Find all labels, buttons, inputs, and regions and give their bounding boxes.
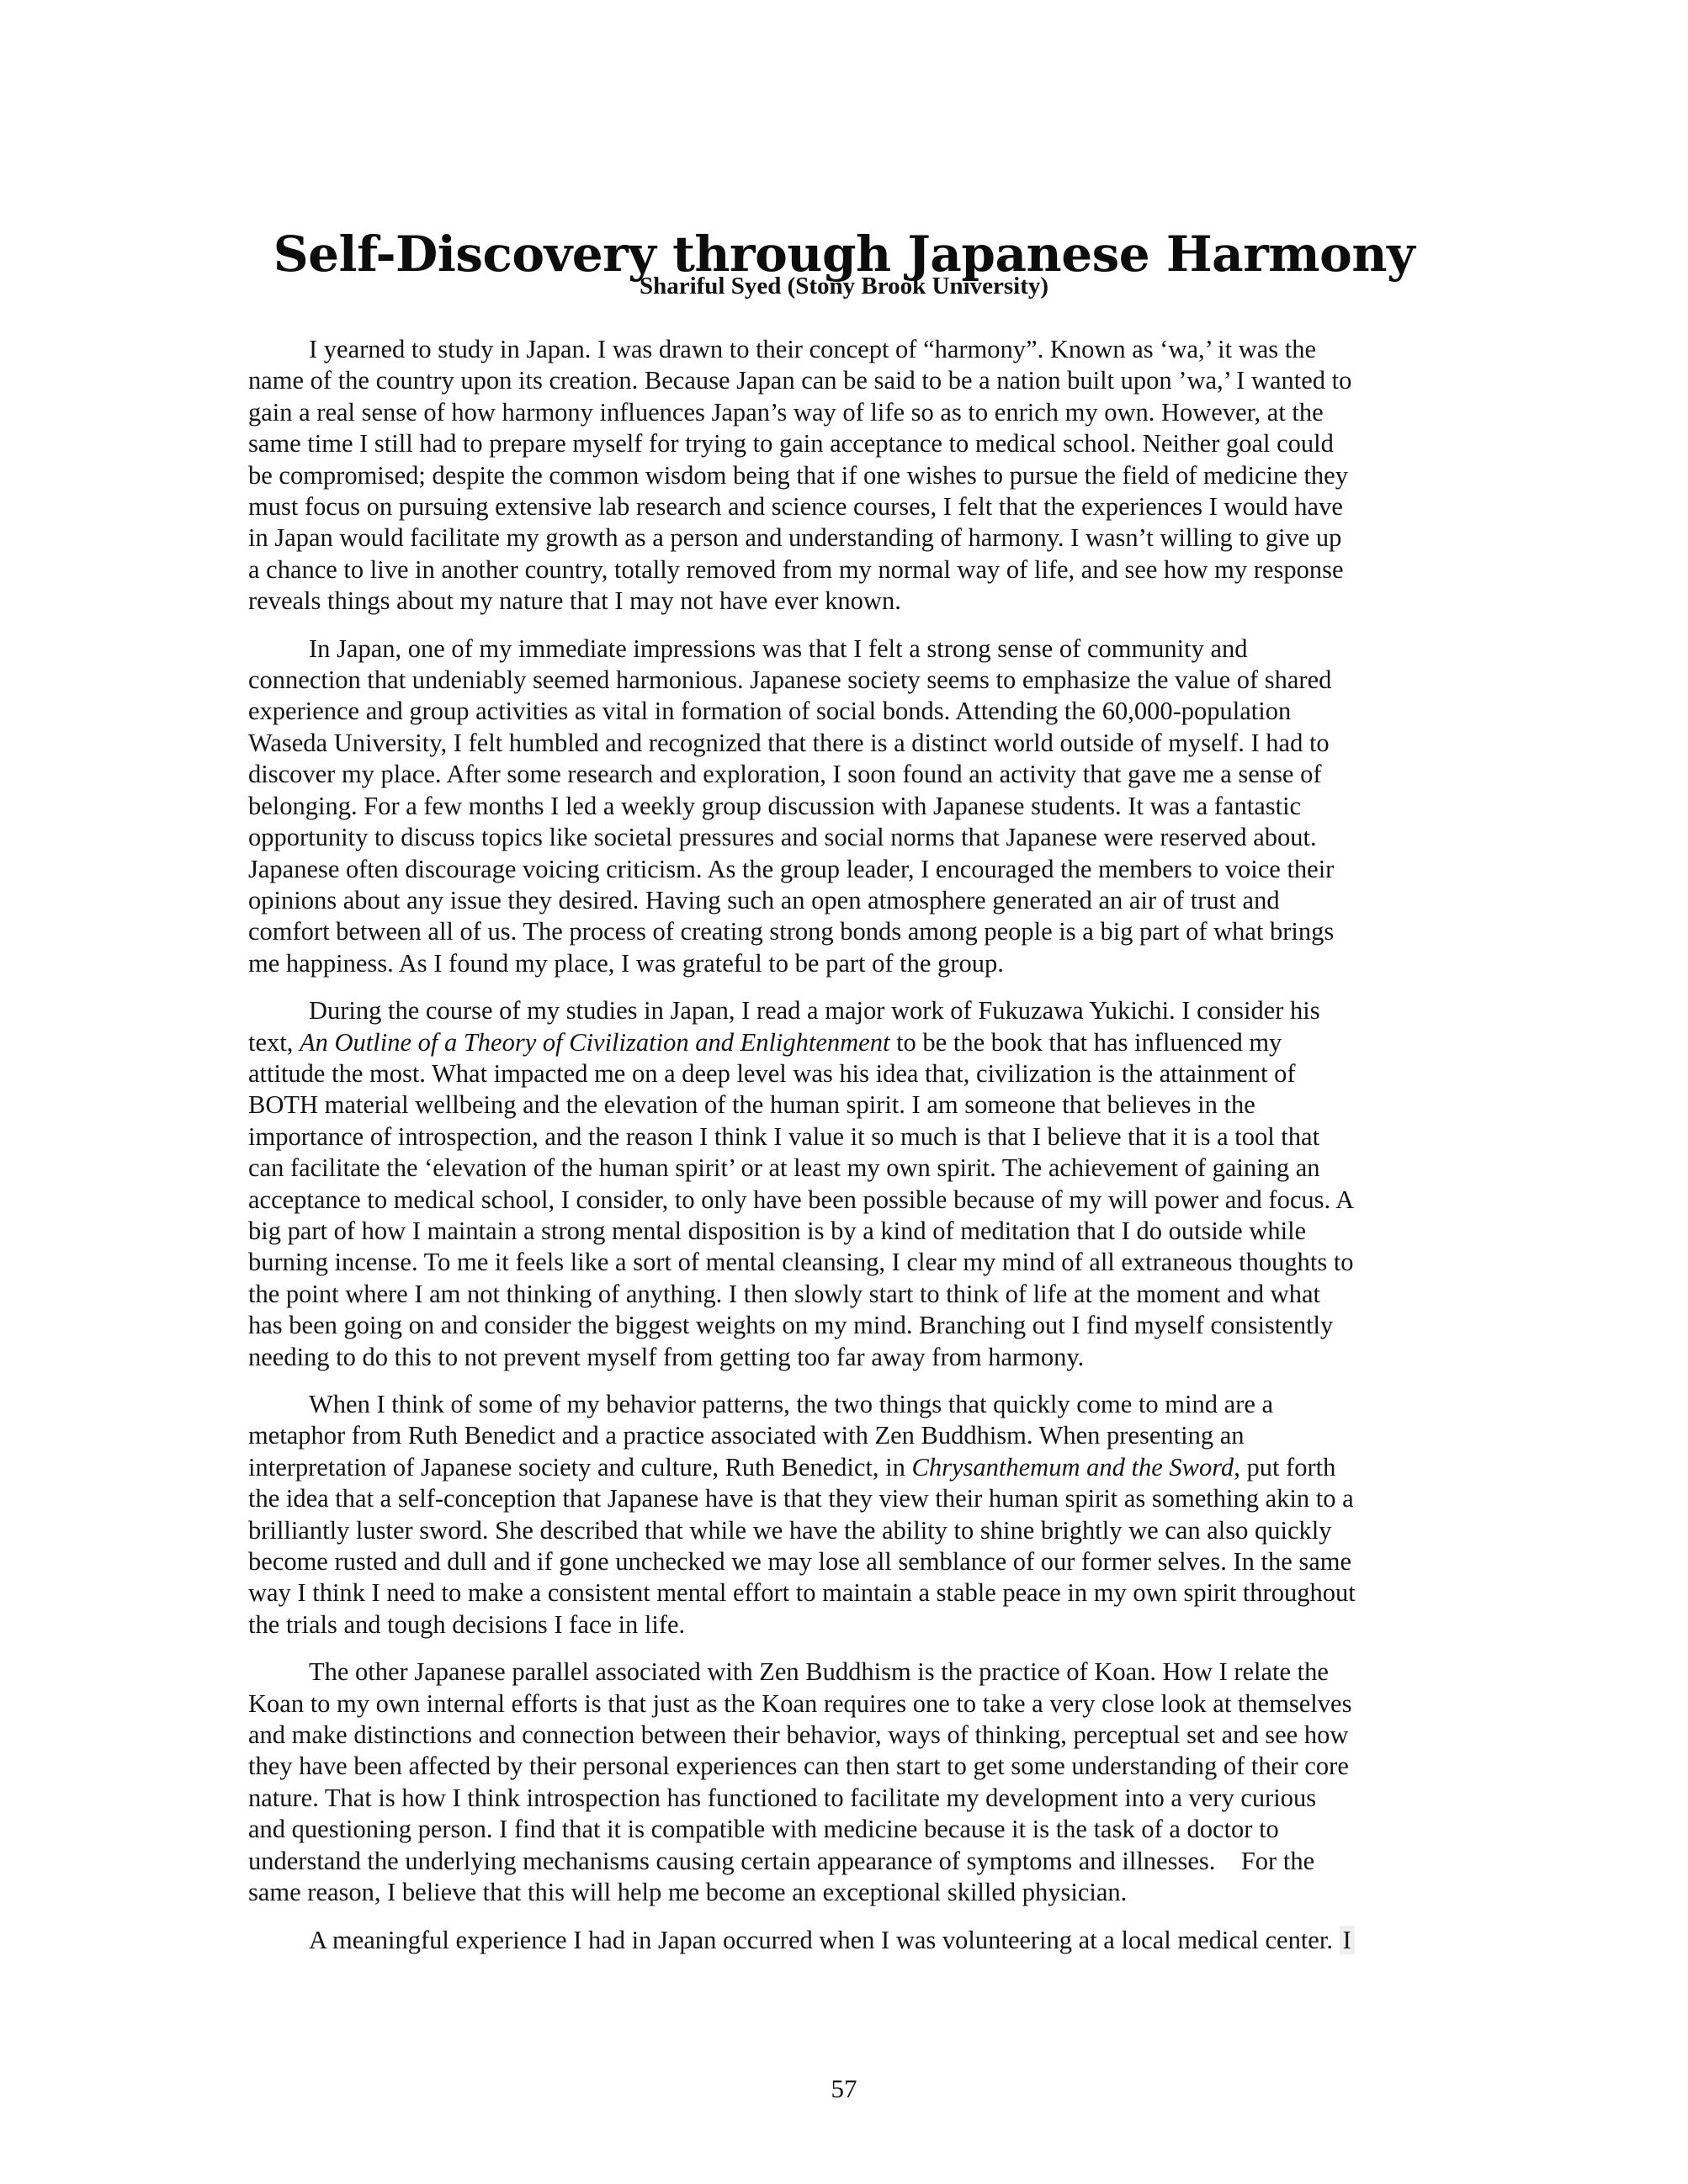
text-line: burning incense. To me it feels like a s…	[248, 1247, 1443, 1278]
text-line: BOTH material wellbeing and the elevatio…	[248, 1089, 1443, 1121]
text-line: experience and group activities as vital…	[248, 696, 1443, 727]
text-line: attitude the most. What impacted me on a…	[248, 1058, 1443, 1089]
paragraph-5: The other Japanese parallel associated w…	[248, 1657, 1443, 1908]
text-line: can facilitate the ‘elevation of the hum…	[248, 1153, 1443, 1184]
text-line: big part of how I maintain a strong ment…	[248, 1216, 1443, 1247]
text-line: acceptance to medical school, I consider…	[248, 1185, 1443, 1216]
text-line: metaphor from Ruth Benedict and a practi…	[248, 1420, 1443, 1451]
text-line: A meaningful experience I had in Japan o…	[248, 1925, 1443, 1956]
text-line: be compromised; despite the common wisdo…	[248, 460, 1443, 491]
text-line: The other Japanese parallel associated w…	[248, 1657, 1443, 1688]
text-line: belonging. For a few months I led a week…	[248, 791, 1443, 822]
text-line-with-book-title: text, An Outline of a Theory of Civiliza…	[248, 1027, 1443, 1058]
text-line: understand the underlying mechanisms cau…	[248, 1846, 1443, 1877]
text-line: comfort between all of us. The process o…	[248, 916, 1443, 947]
text-line: same time I still had to prepare myself …	[248, 428, 1443, 459]
book-title-italic: Chrysanthemum and the Sword	[912, 1453, 1234, 1482]
text-line: During the course of my studies in Japan…	[248, 995, 1443, 1026]
text-line: importance of introspection, and the rea…	[248, 1121, 1443, 1153]
book-title-italic: An Outline of a Theory of Civilization a…	[300, 1028, 889, 1057]
text-line: they have been affected by their persona…	[248, 1751, 1443, 1782]
text-line: discover my place. After some research a…	[248, 759, 1443, 790]
text-line: same reason, I believe that this will he…	[248, 1877, 1443, 1908]
text-line: brilliantly luster sword. She described …	[248, 1515, 1443, 1546]
text-fragment: , put forth	[1234, 1453, 1335, 1482]
text-line-with-book-title: interpretation of Japanese society and c…	[248, 1452, 1443, 1483]
author-byline: Shariful Syed (Stony Brook University)	[0, 271, 1688, 301]
text-line: and questioning person. I find that it i…	[248, 1814, 1443, 1845]
text-line: and make distinctions and connection bet…	[248, 1720, 1443, 1751]
text-line: name of the country upon its creation. B…	[248, 365, 1443, 396]
paragraph-3: During the course of my studies in Japan…	[248, 995, 1443, 1373]
text-line: the trials and tough decisions I face in…	[248, 1609, 1443, 1641]
paragraph-1: I yearned to study in Japan. I was drawn…	[248, 334, 1443, 618]
text-line: me happiness. As I found my place, I was…	[248, 948, 1443, 979]
text-fragment: to be the book that has influenced my	[889, 1028, 1282, 1057]
paragraph-4: When I think of some of my behavior patt…	[248, 1389, 1443, 1641]
text-line: In Japan, one of my immediate impression…	[248, 633, 1443, 665]
text-line: opinions about any issue they desired. H…	[248, 885, 1443, 916]
paragraph-6: A meaningful experience I had in Japan o…	[248, 1925, 1443, 1956]
page-number: 57	[0, 2074, 1688, 2104]
text-line: Koan to my own internal efforts is that …	[248, 1688, 1443, 1720]
text-line: way I think I need to make a consistent …	[248, 1577, 1443, 1609]
paragraph-2: In Japan, one of my immediate impression…	[248, 633, 1443, 979]
text-line: Waseda University, I felt humbled and re…	[248, 728, 1443, 759]
text-fragment: text,	[248, 1028, 300, 1057]
text-line: needing to do this to not prevent myself…	[248, 1342, 1443, 1373]
text-line: reveals things about my nature that I ma…	[248, 586, 1443, 617]
document-page: Self-Discovery through Japanese Harmony …	[0, 0, 1688, 2184]
text-line: When I think of some of my behavior patt…	[248, 1389, 1443, 1420]
text-line: become rusted and dull and if gone unche…	[248, 1546, 1443, 1577]
text-line: connection that undeniably seemed harmon…	[248, 665, 1443, 696]
text-line: must focus on pursuing extensive lab res…	[248, 491, 1443, 522]
text-line: opportunity to discuss topics like socie…	[248, 822, 1443, 853]
essay-body: I yearned to study in Japan. I was drawn…	[248, 334, 1443, 1972]
text-line: in Japan would facilitate my growth as a…	[248, 522, 1443, 554]
text-line: the idea that a self-conception that Jap…	[248, 1483, 1443, 1514]
text-fragment: interpretation of Japanese society and c…	[248, 1453, 912, 1482]
text-line: gain a real sense of how harmony influen…	[248, 397, 1443, 428]
text-line: the point where I am not thinking of any…	[248, 1279, 1443, 1310]
text-fragment: A meaningful experience I had in Japan o…	[309, 1926, 1333, 1954]
highlighted-text: I	[1340, 1926, 1355, 1954]
text-line: has been going on and consider the bigge…	[248, 1310, 1443, 1341]
text-line: a chance to live in another country, tot…	[248, 554, 1443, 586]
text-line: I yearned to study in Japan. I was drawn…	[248, 334, 1443, 365]
text-line: nature. That is how I think introspectio…	[248, 1783, 1443, 1814]
text-line: Japanese often discourage voicing critic…	[248, 854, 1443, 885]
